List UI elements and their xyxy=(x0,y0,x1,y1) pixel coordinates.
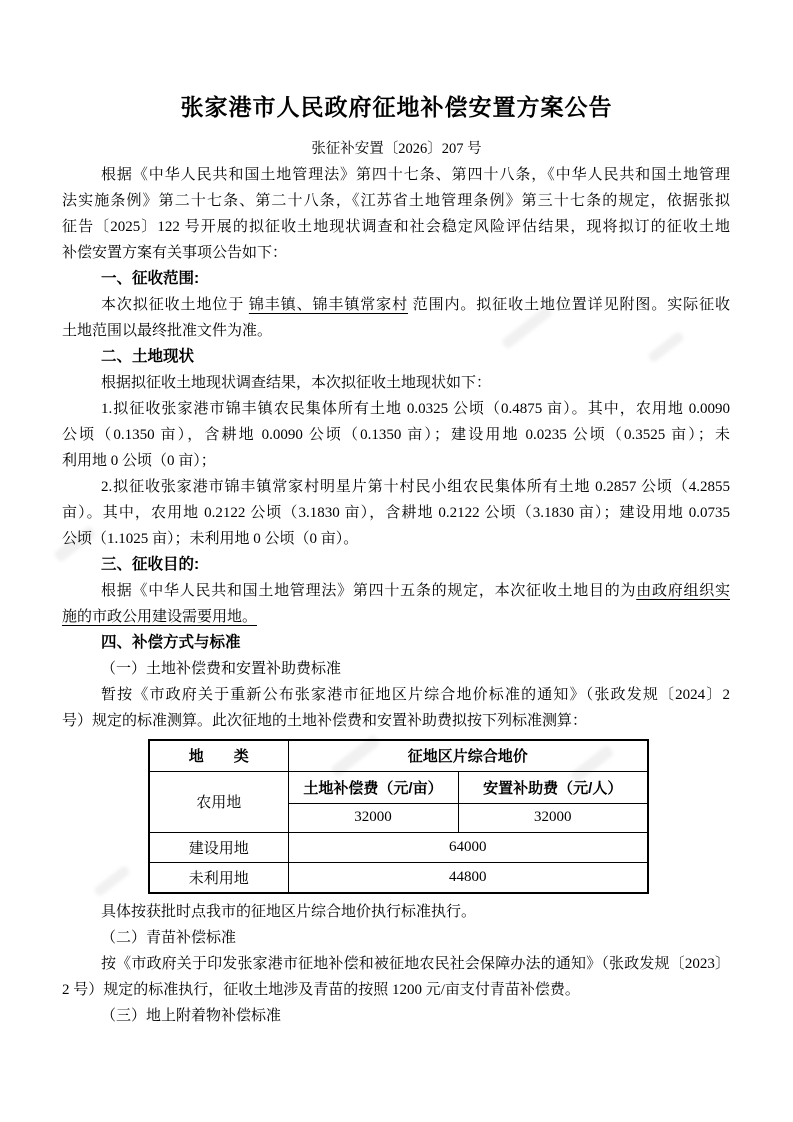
section2-item2-line-1: 2.拟征收张家港市锦丰镇常家村明星片第十村民小组农民集体所有土地 0.2857 … xyxy=(62,474,730,500)
section2-item2-line-2: 亩）。其中，农用地 0.2122 公顷（3.1830 亩），含耕地 0.2122… xyxy=(62,500,730,526)
section2-item1-line-1: 1.拟征收张家港市锦丰镇农民集体所有土地 0.0325 公顷（0.4875 亩）… xyxy=(62,396,730,422)
section-heading-1: 一、征收范围: xyxy=(62,266,730,292)
section4-after-table-note: 具体按获批时点我市的征地区片综合地价执行标准执行。 xyxy=(62,899,730,925)
section4-para1-line-1: 暂按《市政府关于重新公布张家港市征地区片综合地价标准的通知》（张政发规〔2024… xyxy=(62,682,730,708)
section3-para-line-2: 施的市政公用建设需要用地。 xyxy=(62,604,730,630)
section1-para-line-1: 本次拟征收土地位于 锦丰镇、锦丰镇常家村 范围内。拟征收土地位置详见附图。实际征… xyxy=(62,292,730,318)
table-header-composite-price: 征地区片综合地价 xyxy=(288,740,648,771)
section3-para-line-1: 根据《中华人民共和国土地管理法》第四十五条的规定，本次征收土地目的为由政府组织实 xyxy=(62,578,730,604)
intro-line-4: 补偿安置方案有关事项公告如下： xyxy=(62,240,730,266)
intro-line-1: 根据《中华人民共和国土地管理法》第四十七条、第四十八条，《中华人民共和国土地管理 xyxy=(62,162,730,188)
intro-line-3: 征告〔2025〕122 号开展的拟征收土地现状调查和社会稳定风险评估结果，现将拟… xyxy=(62,214,730,240)
section4-para1-line-2: 号）规定的标准测算。此次征地的土地补偿费和安置补助费拟按下列标准测算： xyxy=(62,708,730,734)
section1-text-pre: 本次拟征收土地位于 xyxy=(101,297,249,313)
section1-text-post: 范围内。拟征收土地位置详见附图。实际征收 xyxy=(408,297,730,313)
section1-location-underlined: 锦丰镇、锦丰镇常家村 xyxy=(249,297,408,313)
section-heading-4: 四、补偿方式与标准 xyxy=(62,630,730,656)
table-row-unused-label: 未利用地 xyxy=(149,862,288,893)
section4-subheading-1: （一）土地补偿费和安置补助费标准 xyxy=(62,656,730,682)
compensation-table: 地 类 征地区片综合地价 农用地 土地补偿费（元/亩） 安置补助费（元/人） 3… xyxy=(148,739,649,894)
page-title: 张家港市人民政府征地补偿安置方案公告 xyxy=(0,92,793,122)
intro-line-2: 法实施条例》第二十七条、第二十八条，《江苏省土地管理条例》第三十七条的规定，依据… xyxy=(62,188,730,214)
document-page: 张家港市人民政府征地补偿安置方案公告 张征补安置〔2026〕207 号 根据《中… xyxy=(0,0,793,1122)
table-cell-agri-resettle: 32000 xyxy=(458,803,648,832)
section-heading-2: 二、土地现状 xyxy=(62,344,730,370)
section2-intro: 根据拟征收土地现状调查结果，本次拟征收土地现状如下： xyxy=(62,370,730,396)
table-subheader-resettlement-subsidy: 安置补助费（元/人） xyxy=(458,771,648,803)
section1-para-line-2: 土地范围以最终批准文件为准。 xyxy=(62,318,730,344)
table-header-land-class: 地 类 xyxy=(149,740,288,771)
table-subheader-land-compensation: 土地补偿费（元/亩） xyxy=(288,771,458,803)
document-body: 根据《中华人民共和国土地管理法》第四十七条、第四十八条，《中华人民共和国土地管理… xyxy=(62,162,730,1029)
table-cell-construction-value: 64000 xyxy=(288,832,648,862)
doc-number: 张征补安置〔2026〕207 号 xyxy=(0,138,793,160)
table-row-agricultural-label: 农用地 xyxy=(149,771,288,832)
section-heading-3: 三、征收目的: xyxy=(62,552,730,578)
section4-subheading-3: （三）地上附着物补偿标准 xyxy=(62,1003,730,1029)
section4-subheading-2: （二）青苗补偿标准 xyxy=(62,925,730,951)
table-cell-unused-value: 44800 xyxy=(288,862,648,893)
table-cell-agri-land-comp: 32000 xyxy=(288,803,458,832)
section2-item1-line-2: 公顷（0.1350 亩），含耕地 0.0090 公顷（0.1350 亩）；建设用… xyxy=(62,422,730,448)
section4-para2-line-1: 按《市政府关于印发张家港市征地补偿和被征地农民社会保障办法的通知》（张政发规〔2… xyxy=(62,951,730,977)
section2-item2-line-3: 公顷（1.1025 亩）；未利用地 0 公顷（0 亩）。 xyxy=(62,526,730,552)
table-row-construction-label: 建设用地 xyxy=(149,832,288,862)
section3-purpose-underlined-2: 施的市政公用建设需要用地。 xyxy=(62,609,257,625)
section4-para2-line-2: 2 号）规定的标准执行，征收土地涉及青苗的按照 1200 元/亩支付青苗补偿费。 xyxy=(62,977,730,1003)
section3-purpose-underlined-1: 由政府组织实 xyxy=(636,583,730,599)
section3-text-pre: 根据《中华人民共和国土地管理法》第四十五条的规定，本次征收土地目的为 xyxy=(101,583,636,599)
section2-item1-line-3: 利用地 0 公顷（0 亩）； xyxy=(62,448,730,474)
